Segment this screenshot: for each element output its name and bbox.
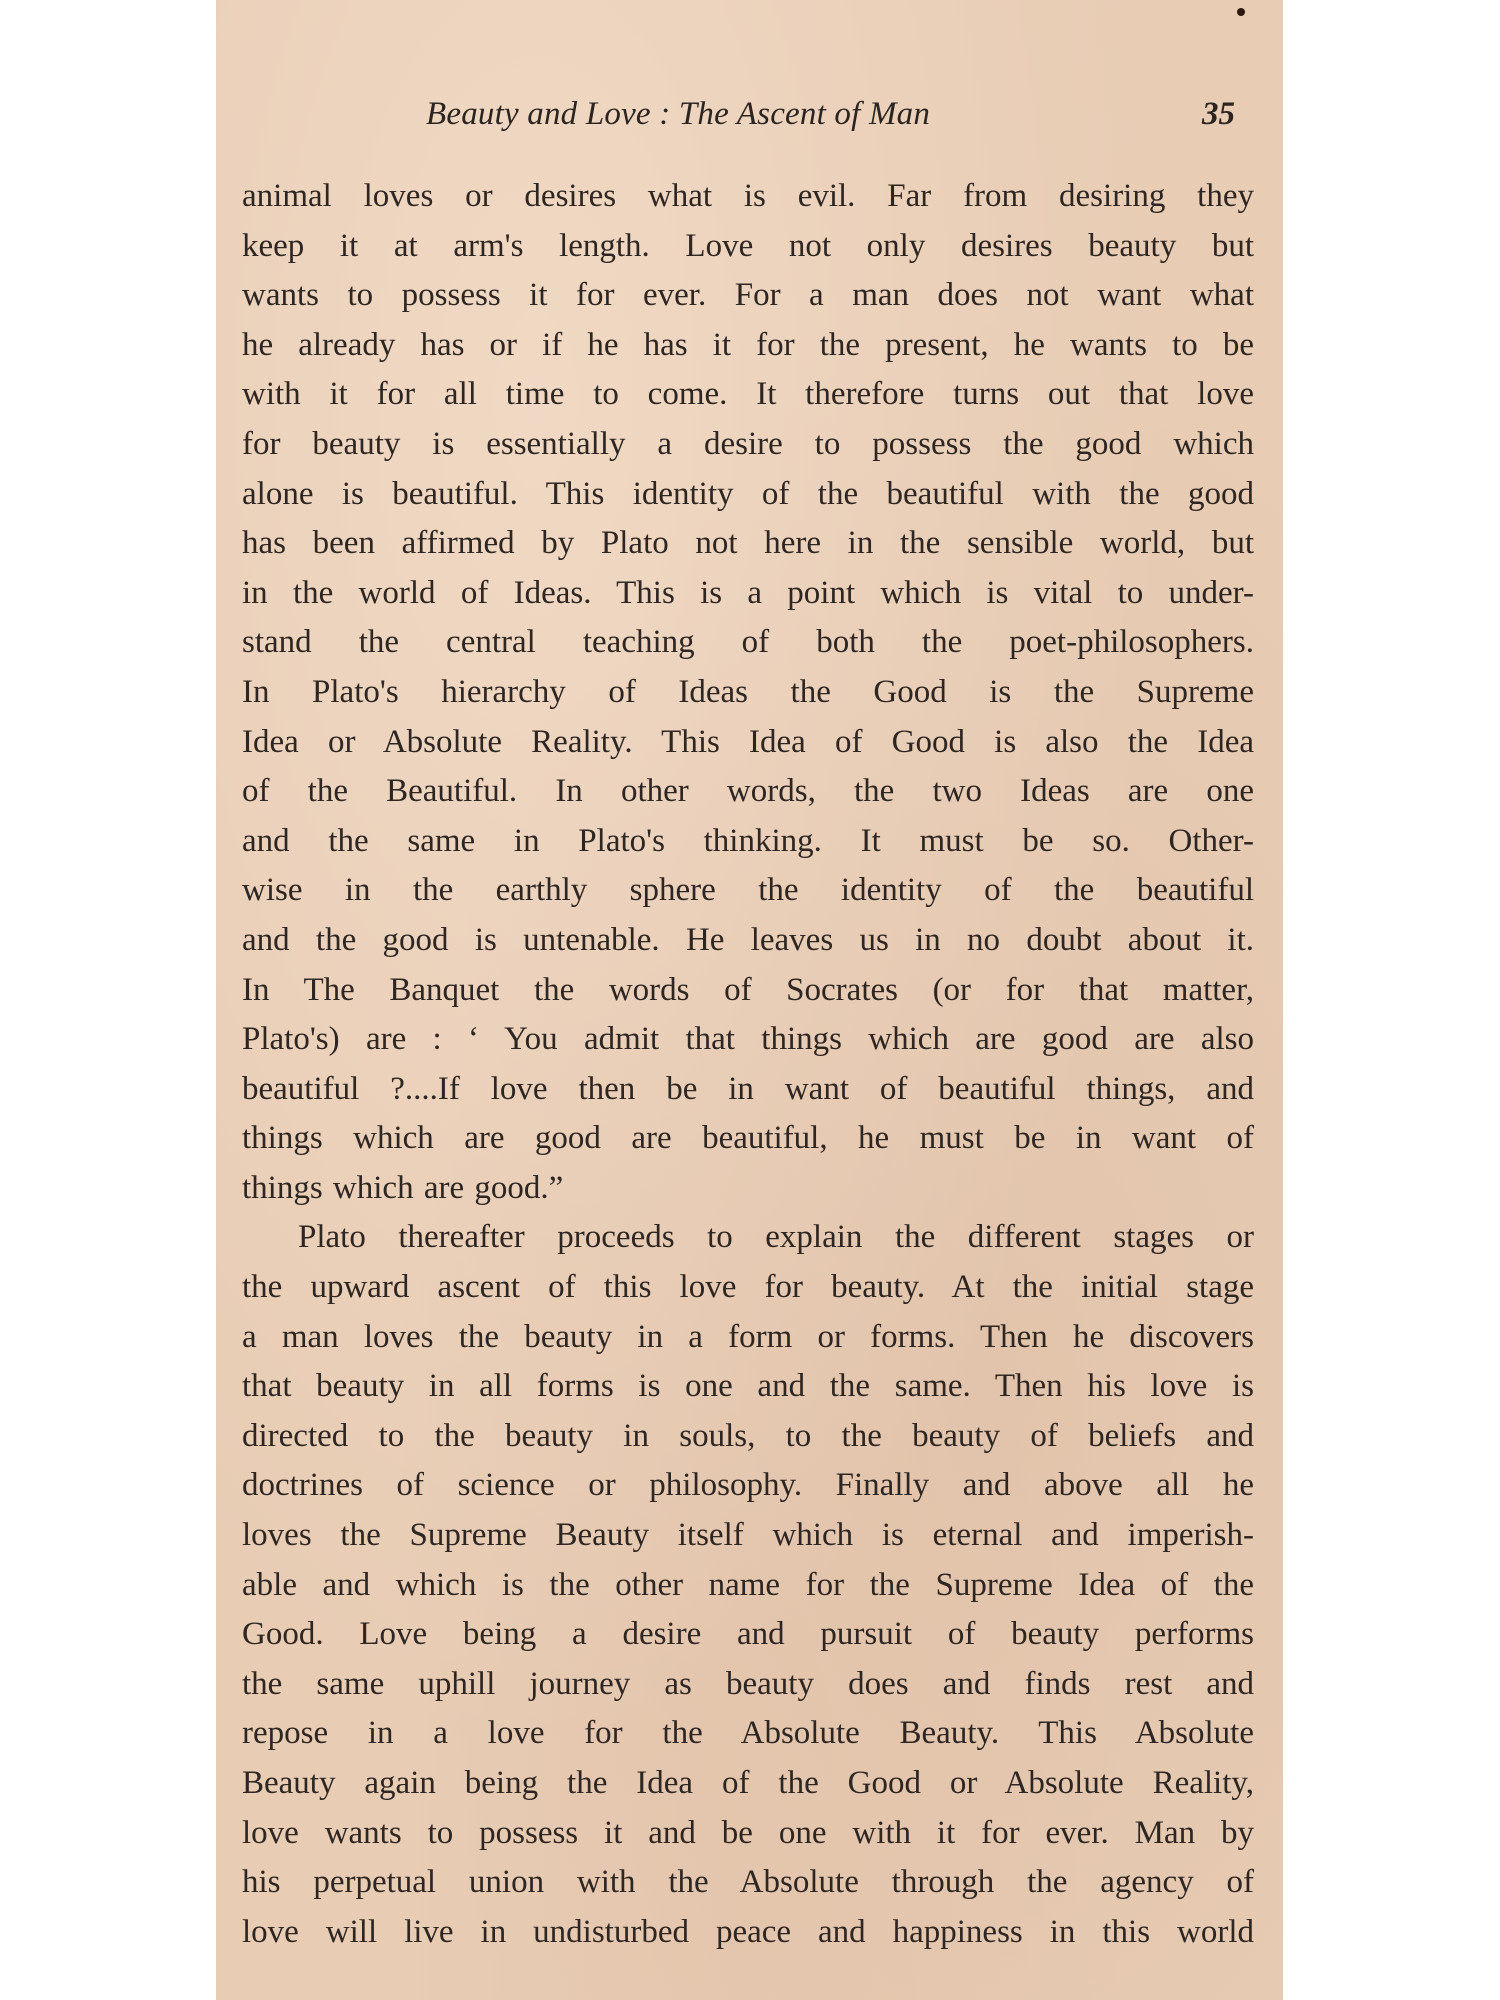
page-number: 35 <box>1202 96 1235 133</box>
text-line: loves the Supreme Beauty itself which is… <box>242 1511 1254 1561</box>
text-line: directed to the beauty in souls, to the … <box>242 1412 1254 1462</box>
text-line: and the good is untenable. He leaves us … <box>242 916 1254 966</box>
text-line: and the same in Plato's thinking. It mus… <box>242 817 1254 867</box>
text-line: Idea or Absolute Reality. This Idea of G… <box>242 718 1254 768</box>
text-line: has been affirmed by Plato not here in t… <box>242 519 1254 569</box>
running-head-title: Beauty and Love : The Ascent of Man <box>426 96 930 133</box>
text-line: the upward ascent of this love for beaut… <box>242 1263 1254 1313</box>
text-line: keep it at arm's length. Love not only d… <box>242 222 1254 272</box>
text-line: he already has or if he has it for the p… <box>242 321 1254 371</box>
text-line: alone is beautiful. This identity of the… <box>242 470 1254 520</box>
text-line: with it for all time to come. It therefo… <box>242 370 1254 420</box>
text-line: Good. Love being a desire and pursuit of… <box>242 1610 1254 1660</box>
text-line: love will live in undisturbed peace and … <box>242 1908 1254 1958</box>
text-line: love wants to possess it and be one with… <box>242 1809 1254 1859</box>
text-line: Plato's) are : ‘ You admit that things w… <box>242 1015 1254 1065</box>
text-line: beautiful ?....If love then be in want o… <box>242 1065 1254 1115</box>
running-head: Beauty and Love : The Ascent of Man 35 <box>216 96 1283 140</box>
text-line: stand the central teaching of both the p… <box>242 618 1254 668</box>
text-line: that beauty in all forms is one and the … <box>242 1362 1254 1412</box>
ink-speck <box>1237 8 1245 16</box>
text-line: of the Beautiful. In other words, the tw… <box>242 767 1254 817</box>
text-line: his perpetual union with the Absolute th… <box>242 1858 1254 1908</box>
text-line: Beauty again being the Idea of the Good … <box>242 1759 1254 1809</box>
text-line: doctrines of science or philosophy. Fina… <box>242 1461 1254 1511</box>
text-line: things which are good are beautiful, he … <box>242 1114 1254 1164</box>
text-line: things which are good.” <box>242 1164 1254 1214</box>
text-line: Plato thereafter proceeds to explain the… <box>242 1213 1254 1263</box>
text-line: able and which is the other name for the… <box>242 1561 1254 1611</box>
text-line: In Plato's hierarchy of Ideas the Good i… <box>242 668 1254 718</box>
book-page: Beauty and Love : The Ascent of Man 35 a… <box>216 0 1283 2000</box>
text-line: in the world of Ideas. This is a point w… <box>242 569 1254 619</box>
text-line: wise in the earthly sphere the identity … <box>242 866 1254 916</box>
paragraph-2: Plato thereafter proceeds to explain the… <box>242 1213 1254 1957</box>
text-line: In The Banquet the words of Socrates (or… <box>242 966 1254 1016</box>
text-line: animal loves or desires what is evil. Fa… <box>242 172 1254 222</box>
text-line: the same uphill journey as beauty does a… <box>242 1660 1254 1710</box>
text-line: for beauty is essentially a desire to po… <box>242 420 1254 470</box>
text-line: a man loves the beauty in a form or form… <box>242 1313 1254 1363</box>
text-line: repose in a love for the Absolute Beauty… <box>242 1709 1254 1759</box>
body-text: animal loves or desires what is evil. Fa… <box>242 172 1254 1957</box>
paragraph-1: animal loves or desires what is evil. Fa… <box>242 172 1254 1213</box>
text-line: wants to possess it for ever. For a man … <box>242 271 1254 321</box>
